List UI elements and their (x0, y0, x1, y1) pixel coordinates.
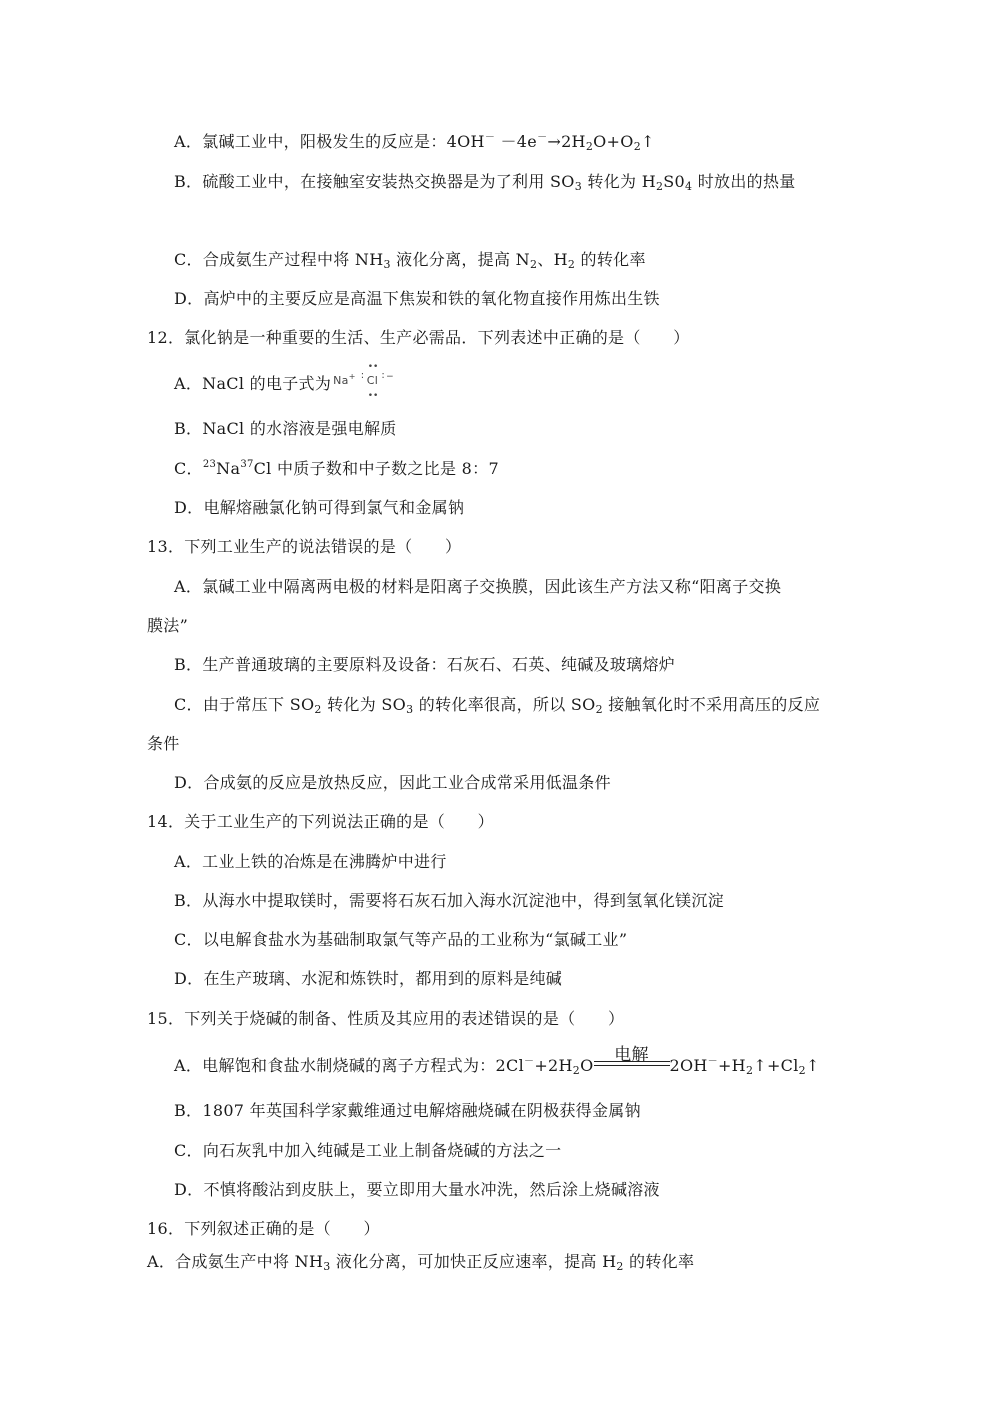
option-text: Cl 中质子数和中子数之比是 8：7 (254, 459, 499, 478)
option-text: NaCl 的电子式为 (202, 374, 331, 393)
q16-option-a: A．合成氨生产中将 NH3 液化分离，可加快正反应速率，提高 H2 的转化率 (147, 1251, 694, 1273)
option-text: －4e (495, 132, 537, 151)
mass-number: 37 (240, 459, 253, 470)
chloride-ion: ••:Cl:•• (362, 370, 383, 392)
q14-option-b: B．从海水中提取镁时，需要将石灰石加入海水沉淀池中，得到氢氧化镁沉淀 (174, 890, 724, 912)
option-label: A． (174, 577, 202, 596)
option-text: →2H (547, 132, 585, 151)
option-text: 合成氨生产中将 NH (175, 1252, 323, 1271)
option-text: 转化为 H (582, 172, 656, 191)
option-text: 在生产玻璃、水泥和炼铁时，都用到的原料是纯碱 (203, 969, 562, 988)
option-label: D． (174, 773, 203, 792)
q14-option-c: C．以电解食盐水为基础制取氯气等产品的工业称为“氯碱工业” (174, 929, 627, 951)
charge: － (485, 132, 495, 143)
q15-option-b: B．1807 年英国科学家戴维通过电解熔融烧碱在阴极获得金属钠 (174, 1100, 641, 1122)
q11-option-a: A．氯碱工业中，阳极发生的反应是：4OH－ －4e－→2H2O+O2↑ (174, 131, 655, 153)
chlorine-symbol: Cl (367, 374, 378, 387)
sodium-symbol: Na (333, 374, 349, 387)
option-text: 硫酸工业中，在接触室安装热交换器是为了利用 SO (202, 172, 574, 191)
option-label: D． (174, 969, 203, 988)
subscript: 2 (314, 703, 321, 716)
q14-option-a: A．工业上铁的冶炼是在沸腾炉中进行 (174, 851, 447, 873)
electron-dots-icon: : (361, 370, 365, 381)
option-text: O+O (593, 132, 634, 151)
subscript: 2 (573, 1064, 580, 1077)
option-text: S0 (663, 172, 685, 191)
option-text: 、H (537, 250, 568, 269)
charge: － (537, 132, 547, 143)
q12-option-c: C．23Na37Cl 中质子数和中子数之比是 8：7 (174, 458, 499, 480)
option-text: O (580, 1056, 593, 1075)
option-text: 由于常压下 SO (203, 695, 315, 714)
q11-option-d: D．高炉中的主要反应是高温下焦炭和铁的氧化物直接作用炼出生铁 (174, 288, 660, 310)
option-label: A． (174, 852, 202, 871)
q13-option-a-continued: 膜法” (147, 615, 188, 637)
option-label: C． (174, 459, 203, 478)
option-text: 不慎将酸沾到皮肤上，要立即用大量水冲洗，然后涂上烧碱溶液 (203, 1180, 659, 1199)
q11-option-c: C．合成氨生产过程中将 NH3 液化分离，提高 N2、H2 的转化率 (174, 249, 646, 271)
q12-option-b: B．NaCl 的水溶液是强电解质 (174, 418, 397, 440)
mass-number: 23 (203, 459, 216, 470)
option-label: A． (174, 132, 202, 151)
option-text: 的转化率 (575, 250, 646, 269)
option-text: 从海水中提取镁时，需要将石灰石加入海水沉淀池中，得到氢氧化镁沉淀 (202, 891, 724, 910)
double-line-icon (594, 1061, 670, 1066)
option-text: 以电解食盐水为基础制取氯气等产品的工业称为“氯碱工业” (203, 930, 627, 949)
option-text: +2H (534, 1056, 572, 1075)
option-text: 生产普通玻璃的主要原料及设备：石灰石、石英、纯碱及玻璃熔炉 (202, 655, 675, 674)
option-text: 的转化率 (624, 1252, 695, 1271)
option-text: 电解饱和食盐水制烧碱的离子方程式为：2Cl (202, 1056, 524, 1075)
option-text: 转化为 SO (322, 695, 406, 714)
up-arrow-icon: ↑ (806, 1056, 820, 1075)
q16-stem: 16．下列叙述正确的是（ ） (147, 1218, 380, 1240)
option-label: C． (174, 250, 203, 269)
charge: － (708, 1056, 718, 1067)
option-label: A． (147, 1252, 175, 1271)
electron-dots-icon: •• (368, 393, 379, 399)
q15-option-c: C．向石灰乳中加入纯碱是工业上制备烧碱的方法之一 (174, 1140, 561, 1162)
option-text: 液化分离，提高 N (391, 250, 530, 269)
option-text: 合成氨生产过程中将 NH (203, 250, 384, 269)
option-label: D． (174, 498, 203, 517)
q12-stem: 12．氯化钠是一种重要的生活、生产必需品．下列表述中正确的是（ ） (147, 327, 690, 349)
q15-option-d: D．不慎将酸沾到皮肤上，要立即用大量水冲洗，然后涂上烧碱溶液 (174, 1179, 660, 1201)
option-label: C． (174, 930, 203, 949)
option-label: D． (174, 289, 203, 308)
option-label: B． (174, 891, 202, 910)
electron-dots-icon: •• (368, 364, 379, 370)
q12-option-d: D．电解熔融氯化钠可得到氯气和金属钠 (174, 497, 464, 519)
option-text: 2OH (670, 1056, 708, 1075)
q13-stem: 13．下列工业生产的说法错误的是（ ） (147, 536, 461, 558)
option-text: 工业上铁的冶炼是在沸腾炉中进行 (202, 852, 447, 871)
option-text: +H (718, 1056, 746, 1075)
subscript: 3 (323, 1260, 330, 1273)
charge: − (386, 372, 394, 382)
q13-option-d: D．合成氨的反应是放热反应，因此工业合成常采用低温条件 (174, 772, 611, 794)
option-label: C． (174, 1141, 203, 1160)
subscript: 2 (634, 140, 641, 153)
q15-option-a: A．电解饱和食盐水制烧碱的离子方程式为：2Cl－+2H2O电解2OH－+H2↑+… (174, 1055, 820, 1077)
q14-stem: 14．关于工业生产的下列说法正确的是（ ） (147, 811, 494, 833)
q13-option-b: B．生产普通玻璃的主要原料及设备：石灰石、石英、纯碱及玻璃熔炉 (174, 654, 675, 676)
subscript: 2 (799, 1064, 806, 1077)
option-text: 高炉中的主要反应是高温下焦炭和铁的氧化物直接作用炼出生铁 (203, 289, 659, 308)
subscript: 3 (575, 180, 582, 193)
q13-option-a: A．氯碱工业中隔离两电极的材料是阳离子交换膜，因此该生产方法又称“阳离子交换 (174, 576, 781, 598)
q12-option-a: A．NaCl 的电子式为Na+••:Cl:••− (174, 370, 394, 395)
option-label: B． (174, 172, 202, 191)
option-label: B． (174, 1101, 202, 1120)
option-text: 合成氨的反应是放热反应，因此工业合成常采用低温条件 (203, 773, 611, 792)
charge: + (349, 372, 356, 381)
option-label: C． (174, 695, 203, 714)
option-text: 向石灰乳中加入纯碱是工业上制备烧碱的方法之一 (203, 1141, 562, 1160)
option-text: NaCl 的水溶液是强电解质 (202, 419, 396, 438)
up-arrow-icon: ↑ (641, 132, 655, 151)
reaction-condition-arrow: 电解 (594, 1066, 670, 1071)
q13-option-c-continued: 条件 (147, 733, 180, 755)
option-text: ↑+Cl (753, 1056, 798, 1075)
option-text: 氯碱工业中，阳极发生的反应是：4OH (202, 132, 485, 151)
q13-option-c: C．由于常压下 SO2 转化为 SO3 的转化率很高，所以 SO2 接触氧化时不… (174, 694, 820, 716)
option-text: 液化分离，可加快正反应速率，提高 H (331, 1252, 617, 1271)
q11-option-b: B．硫酸工业中，在接触室安装热交换器是为了利用 SO3 转化为 H2S04 时放… (174, 171, 796, 193)
q14-option-d: D．在生产玻璃、水泥和炼铁时，都用到的原料是纯碱 (174, 968, 562, 990)
option-text: 接触氧化时不采用高压的反应 (603, 695, 820, 714)
option-label: B． (174, 419, 202, 438)
option-label: B． (174, 655, 202, 674)
option-text: 时放出的热量 (692, 172, 795, 191)
subscript: 3 (383, 258, 390, 271)
subscript: 2 (616, 1260, 623, 1273)
option-label: D． (174, 1180, 203, 1199)
option-text: 的转化率很高，所以 SO (413, 695, 595, 714)
option-label: A． (174, 1056, 202, 1075)
q15-stem: 15．下列关于烧碱的制备、性质及其应用的表述错误的是（ ） (147, 1008, 624, 1030)
option-text: 1807 年英国科学家戴维通过电解熔融烧碱在阴极获得金属钠 (202, 1101, 641, 1120)
charge: － (524, 1056, 534, 1067)
option-label: A． (174, 374, 202, 393)
option-text: 电解熔融氯化钠可得到氯气和金属钠 (203, 498, 464, 517)
option-text: Na (216, 459, 240, 478)
lewis-structure-nacl: Na+••:Cl:••− (333, 370, 394, 392)
electron-dots-icon: : (381, 370, 385, 381)
subscript: 2 (596, 703, 603, 716)
option-text: 氯碱工业中隔离两电极的材料是阳离子交换膜，因此该生产方法又称“阳离子交换 (202, 577, 781, 596)
